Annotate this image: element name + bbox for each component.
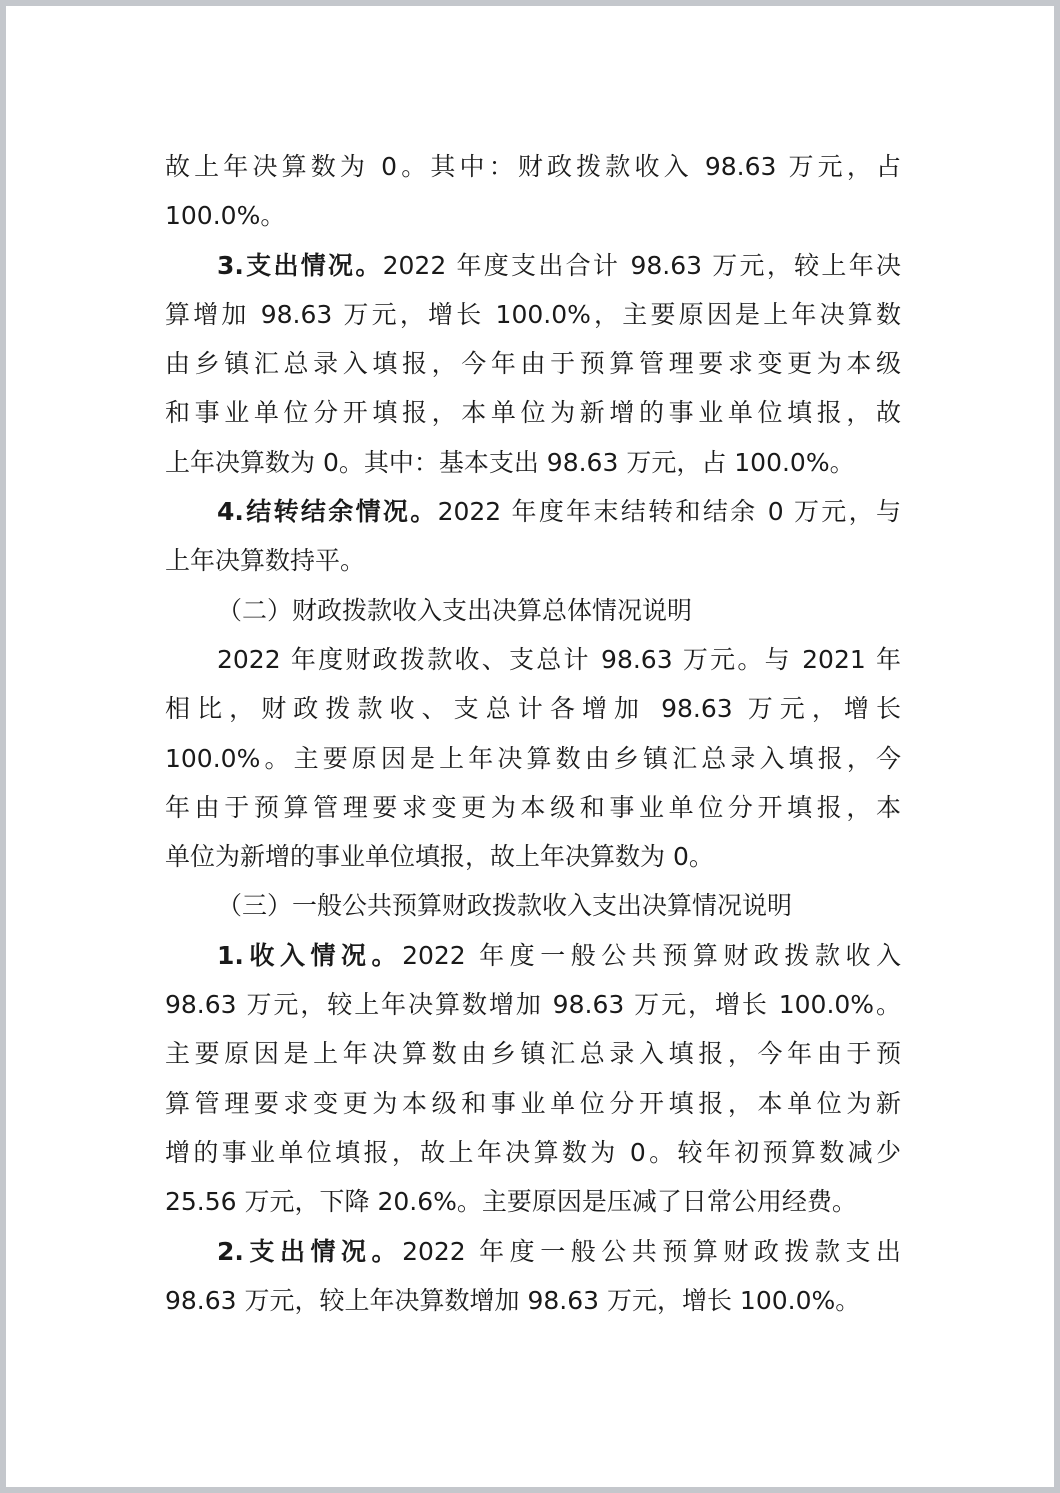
paragraph-line: 2.支出情况。2022 年度一般公共预算财政拨款支出: [165, 1227, 901, 1276]
paragraph-line: 100.0%。主要原因是上年决算数由乡镇汇总录入填报，今: [165, 734, 901, 783]
paragraph-line: 100.0%。: [165, 191, 901, 240]
document-body: 故上年决算数为 0。其中：财政拨款收入 98.63 万元，占 100.0%。 3…: [165, 142, 901, 1325]
paragraph-line: 上年决算数持平。: [165, 536, 901, 585]
section-heading-expenditure-2: 2.支出情况。: [217, 1237, 402, 1266]
paragraph-line: 2022 年度财政拨款收、支总计 98.63 万元。与 2021 年: [165, 635, 901, 684]
section-title-3: （三）一般公共预算财政拨款收入支出决算情况说明: [165, 881, 901, 930]
paragraph-line: 算增加 98.63 万元，增长 100.0%，主要原因是上年决算数: [165, 290, 901, 339]
paragraph-line: 上年决算数为 0。其中：基本支出 98.63 万元，占 100.0%。: [165, 438, 901, 487]
paragraph-line: 25.56 万元，下降 20.6%。主要原因是压减了日常公用经费。: [165, 1177, 901, 1226]
section-title-2: （二）财政拨款收入支出决算总体情况说明: [165, 586, 901, 635]
paragraph-line: 主要原因是上年决算数由乡镇汇总录入填报，今年由于预: [165, 1029, 901, 1078]
section-heading-income: 1.收入情况。: [217, 941, 402, 970]
paragraph-line: 由乡镇汇总录入填报，今年由于预算管理要求变更为本级: [165, 339, 901, 388]
paragraph-line: 年由于预算管理要求变更为本级和事业单位分开填报，本: [165, 783, 901, 832]
paragraph-line: 相比，财政拨款收、支总计各增加 98.63 万元，增长: [165, 684, 901, 733]
paragraph-line: 1.收入情况。2022 年度一般公共预算财政拨款收入: [165, 931, 901, 980]
paragraph-line: 98.63 万元，较上年决算数增加 98.63 万元，增长 100.0%。: [165, 980, 901, 1029]
paragraph-line: 和事业单位分开填报，本单位为新增的事业单位填报，故: [165, 388, 901, 437]
paragraph-line: 增的事业单位填报，故上年决算数为 0。较年初预算数减少: [165, 1128, 901, 1177]
paragraph-line: 98.63 万元，较上年决算数增加 98.63 万元，增长 100.0%。: [165, 1276, 901, 1325]
document-page: 故上年决算数为 0。其中：财政拨款收入 98.63 万元，占 100.0%。 3…: [6, 6, 1054, 1487]
paragraph-line: 算管理要求变更为本级和事业单位分开填报，本单位为新: [165, 1079, 901, 1128]
paragraph-line: 单位为新增的事业单位填报，故上年决算数为 0。: [165, 832, 901, 881]
section-heading-expenditure: 3.支出情况。: [217, 251, 383, 280]
paragraph-line: 故上年决算数为 0。其中：财政拨款收入 98.63 万元，占: [165, 142, 901, 191]
paragraph-line: 3.支出情况。2022 年度支出合计 98.63 万元，较上年决: [165, 241, 901, 290]
section-heading-carryover: 4.结转结余情况。: [217, 497, 438, 526]
paragraph-line: 4.结转结余情况。2022 年度年末结转和结余 0 万元，与: [165, 487, 901, 536]
